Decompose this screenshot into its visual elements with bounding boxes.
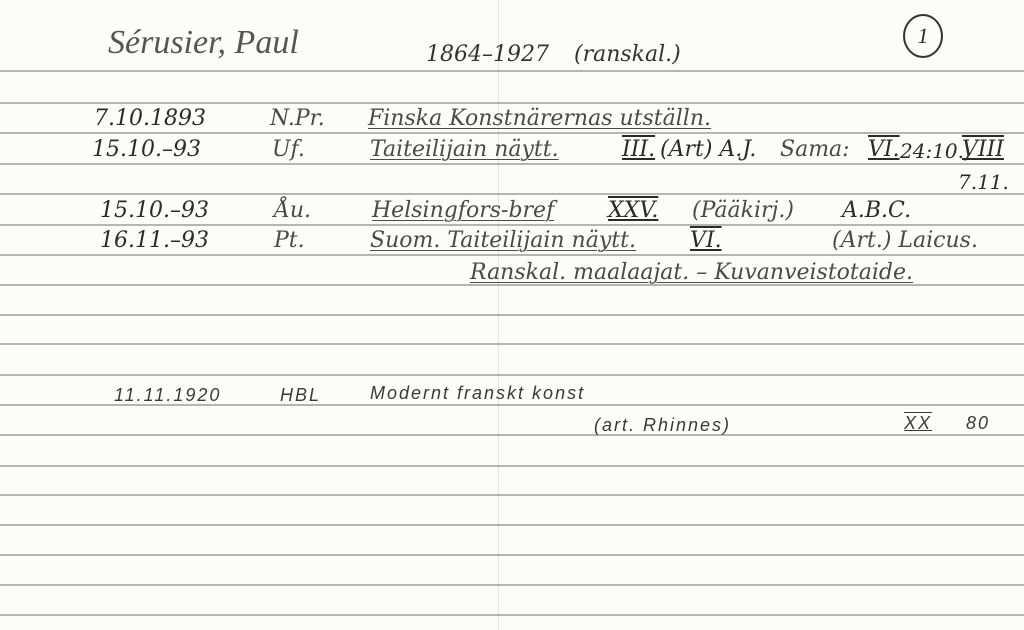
entry-5-volume: XX bbox=[904, 414, 932, 432]
card-number-badge: 1 bbox=[903, 14, 943, 58]
entry-1-source: N.Pr. bbox=[270, 108, 325, 130]
entry-3-date: 15.10.–93 bbox=[100, 200, 209, 222]
entry-2-source: Uf. bbox=[272, 139, 305, 161]
entry-4-source: Pt. bbox=[274, 230, 305, 252]
entry-2-extra-volume2: VIII bbox=[962, 139, 1004, 161]
entry-3-author: A.B.C. bbox=[842, 200, 911, 222]
artist-years: 1864–1927 bbox=[426, 44, 549, 66]
ruled-line bbox=[0, 102, 1024, 104]
entry-5-note: (art. Rhinnes) bbox=[594, 416, 731, 434]
ruled-line bbox=[0, 584, 1024, 586]
ruled-line bbox=[0, 374, 1024, 376]
ruled-line bbox=[0, 494, 1024, 496]
entry-3-note: (Pääkirj.) bbox=[692, 200, 794, 222]
entry-2-extra-volume: VI. bbox=[868, 139, 900, 161]
entry-2-continuation: 7.11. bbox=[958, 172, 1009, 192]
ruled-line bbox=[0, 524, 1024, 526]
entry-2-date: 15.10.–93 bbox=[92, 139, 201, 161]
entry-5-page: 80 bbox=[966, 414, 990, 432]
ruled-line bbox=[0, 254, 1024, 256]
artist-name: Sérusier, Paul bbox=[108, 26, 299, 60]
ruled-line bbox=[0, 70, 1024, 72]
ruled-line bbox=[0, 163, 1024, 165]
entry-1-date: 7.10.1893 bbox=[94, 108, 206, 130]
ruled-line bbox=[0, 132, 1024, 134]
entry-2-extra: Sama: bbox=[780, 139, 850, 161]
entry-5-date: 11.11.1920 bbox=[114, 386, 221, 404]
entry-4-date: 16.11.–93 bbox=[100, 230, 209, 252]
entry-4-note: (Art.) Laicus. bbox=[832, 230, 978, 252]
ruled-line bbox=[0, 193, 1024, 195]
entry-4-text: Suom. Taiteilijain näytt. bbox=[370, 230, 636, 252]
entry-3-text: Helsingfors-bref bbox=[372, 200, 554, 222]
entry-4-volume: VI. bbox=[690, 230, 722, 252]
entry-2-volume: III. bbox=[622, 139, 655, 161]
ruled-line bbox=[0, 224, 1024, 226]
entry-2-extra-date: 24:10., bbox=[900, 141, 970, 161]
entry-5-text: Modernt franskt konst bbox=[370, 384, 585, 402]
entry-2-note: (Art) A.J. bbox=[660, 139, 756, 161]
entry-4-continuation: Ranskal. maalaajat. – Kuvanveistotaide. bbox=[470, 262, 913, 284]
entry-2-text: Taiteilijain näytt. bbox=[370, 139, 559, 161]
ruled-line bbox=[0, 465, 1024, 467]
catalog-card: Sérusier, Paul 1864–1927 (ranskal.) 1 7.… bbox=[0, 0, 1024, 630]
ruled-line bbox=[0, 434, 1024, 436]
entry-5-source: HBL bbox=[280, 386, 321, 404]
ruled-line bbox=[0, 614, 1024, 616]
ruled-line bbox=[0, 554, 1024, 556]
entry-1-text: Finska Konstnärernas utställn. bbox=[368, 108, 711, 130]
entry-3-source: Åu. bbox=[274, 200, 311, 222]
ruled-line bbox=[0, 343, 1024, 345]
ruled-line bbox=[0, 314, 1024, 316]
artist-nationality: (ranskal.) bbox=[574, 44, 681, 66]
entry-3-volume: XXV. bbox=[608, 200, 658, 222]
